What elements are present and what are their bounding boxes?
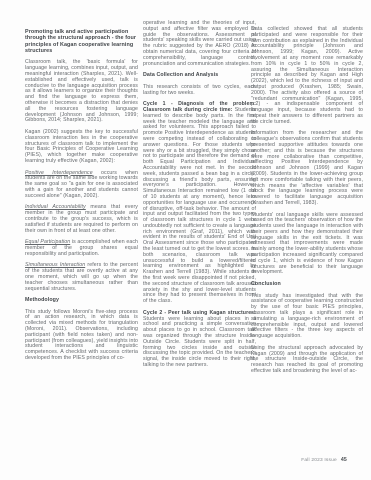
principle-equal-participation: Equal Participation is accomplished when… bbox=[25, 240, 138, 257]
column-left: Promoting talk and active participation … bbox=[25, 29, 138, 368]
cycle1-body: Students learned to describe body parts.… bbox=[143, 107, 256, 304]
paragraph-cycle1: Cycle 1 - Diagnosis of the problem: Clas… bbox=[143, 102, 256, 305]
principle-simultaneous-interaction: Simultaneous Interaction refers to the p… bbox=[25, 263, 138, 292]
column-right: Data collected showed that all students … bbox=[251, 27, 363, 381]
paragraph-results-skills: Students' oral language skills were asse… bbox=[251, 213, 363, 277]
paragraph-kagan: Kagan (2002) suggests the key to success… bbox=[25, 130, 138, 165]
principle-positive-interdependence: Positive Interdependence occurs when stu… bbox=[25, 171, 138, 200]
principle-individual-accountability: Individual Accountability means that eve… bbox=[25, 205, 138, 234]
journal-article-page: Promoting talk and active participation … bbox=[0, 0, 371, 480]
methodology-heading: Methodology bbox=[25, 298, 138, 304]
cycle2-body: Students were learning about places in a… bbox=[143, 316, 256, 368]
article-title: Promoting talk and active participation … bbox=[25, 29, 138, 55]
page-number: 45 bbox=[341, 457, 347, 463]
paragraph-cycles-overview: This research consists of two cycles, ea… bbox=[143, 85, 256, 97]
paragraph-conclusion-1: This study has investigated that with th… bbox=[251, 294, 363, 340]
paragraph-results-participation: Data collected showed that all students … bbox=[251, 27, 363, 126]
paragraph-results-attitudes: Information from the researcher and the … bbox=[251, 131, 363, 206]
paragraph-conclusion-2: Using the structural approach advocated … bbox=[251, 346, 363, 375]
page-footer: Fall 2023 Issue45 bbox=[301, 457, 347, 463]
conclusion-heading: Conclusion bbox=[251, 282, 363, 288]
data-collection-heading: Data Collection and Analysis bbox=[143, 73, 256, 79]
column-middle: operative learning and the theories of i… bbox=[143, 21, 256, 375]
paragraph-rubric: operative learning and the theories of i… bbox=[143, 21, 256, 67]
issue-label: Fall 2023 Issue bbox=[301, 458, 337, 463]
paragraph-cycle2: Cycle 2 - Peer talk using Kagan structur… bbox=[143, 311, 256, 369]
paragraph-methodology: This study follows Moroni's five-step pr… bbox=[25, 310, 138, 362]
paragraph-intro: Classroom talk, the 'basic formula' for … bbox=[25, 60, 138, 124]
